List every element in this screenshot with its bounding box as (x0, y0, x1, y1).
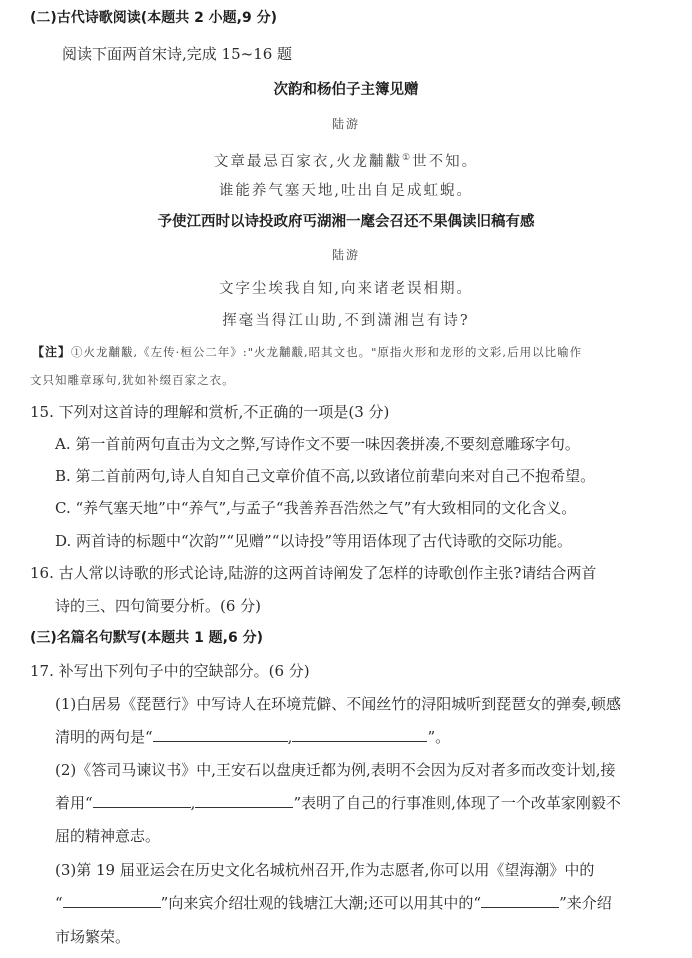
section-heading-recitation: (三)名篇名句默写(本题共 1 题,6 分) (30, 628, 263, 648)
question-17-part2-line3: 屈的精神意志。 (55, 826, 160, 846)
question-16-line1: 16. 古人常以诗歌的形式论诗,陆游的这两首诗阐发了怎样的诗歌创作主张?请结合两… (30, 563, 596, 583)
part3-prefix: “ (55, 894, 63, 912)
poem2-title: 予使江西时以诗投政府丐湖湘一麾会召还不果偶读旧稿有感 (0, 212, 692, 232)
question-17-part2-line1: (2)《答司马谏议书》中,王安石以盘庚迁都为例,表明不会因为反对者多而改变计划,… (55, 760, 616, 780)
poem2-line1: 文字尘埃我自知,向来诸老误相期。 (0, 279, 692, 299)
part1-suffix: ”。 (427, 728, 450, 746)
poem1-title: 次韵和杨伯子主簿见赠 (0, 80, 692, 100)
section-heading-poetry: (二)古代诗歌阅读(本题共 2 小题,9 分) (30, 8, 277, 28)
poem1-line1: 文章最忌百家衣,火龙黼黻①世不知。 (0, 148, 692, 172)
poem1-line1-text-a: 文章最忌百家衣,火龙黼黻 (214, 154, 402, 170)
answer-blank-4[interactable] (195, 793, 293, 808)
question-16-line2: 诗的三、四句简要分析。(6 分) (55, 596, 261, 616)
question-17-part3-line1: (3)第 19 届亚运会在历史文化名城杭州召开,作为志愿者,你可以用《望海潮》中… (55, 860, 594, 880)
question-17-part1-line1: (1)白居易《琵琶行》中写诗人在环境荒僻、不闻丝竹的浔阳城听到琵琶女的弹奏,顿感 (55, 694, 621, 714)
poem1-author: 陆游 (0, 114, 692, 134)
question-15-stem: 15. 下列对这首诗的理解和赏析,不正确的一项是(3 分) (30, 402, 389, 422)
footnote-marker: ① (402, 153, 412, 163)
question-17-part3-line2: “”向来宾介绍壮观的钱塘江大潮;还可以用其中的“”来介绍 (55, 893, 612, 913)
question-15-option-d: D. 两首诗的标题中“次韵”“见赠”“以诗投”等用语体现了古代诗歌的交际功能。 (55, 531, 572, 551)
question-17-stem: 17. 补写出下列句子中的空缺部分。(6 分) (30, 661, 310, 681)
answer-blank-1[interactable] (153, 727, 288, 742)
annotation-label: 【注】 (32, 345, 71, 359)
question-15-option-c: C. “养气塞天地”中“养气”,与孟子“我善养吾浩然之气”有大致相同的文化含义。 (55, 498, 576, 518)
answer-blank-3[interactable] (93, 793, 191, 808)
question-17-part1-line2: 清明的两句是“,”。 (55, 727, 450, 747)
part3-middle: ”向来宾介绍壮观的钱塘江大潮;还可以用其中的“ (161, 894, 481, 912)
annotation-text: ①火龙黼黻,《左传·桓公二年》:"火龙黼黻,昭其文也。"原指火形和龙形的文彩,后… (71, 345, 582, 359)
answer-blank-5[interactable] (63, 893, 161, 908)
part3-suffix: ”来介绍 (559, 894, 612, 912)
poem2-line2: 挥毫当得江山助,不到潇湘岂有诗? (0, 311, 692, 331)
part2-prefix: 着用“ (55, 794, 93, 812)
answer-blank-2[interactable] (292, 727, 427, 742)
answer-blank-6[interactable] (481, 893, 559, 908)
part1-prefix: 清明的两句是“ (55, 728, 153, 746)
question-17-part3-line3: 市场繁荣。 (55, 927, 130, 947)
annotation-line1: 【注】①火龙黼黻,《左传·桓公二年》:"火龙黼黻,昭其文也。"原指火形和龙形的文… (32, 342, 582, 362)
question-15-option-b: B. 第二首前两句,诗人自知自己文章价值不高,以致诸位前辈向来对自己不抱希望。 (55, 466, 595, 486)
poem1-line2: 谁能养气塞天地,吐出自足成虹蜺。 (0, 181, 692, 201)
reading-instruction: 阅读下面两首宋诗,完成 15~16 题 (62, 44, 292, 64)
question-15-option-a: A. 第一首前两句直击为文之弊,写诗作文不要一味因袭拼凑,不要刻意雕琢字句。 (55, 434, 580, 454)
question-17-part2-line2: 着用“,”表明了自己的行事准则,体现了一个改革家刚毅不 (55, 793, 621, 813)
poem1-line1-text-b: 世不知。 (412, 154, 478, 170)
part2-suffix: ”表明了自己的行事准则,体现了一个改革家刚毅不 (293, 794, 620, 812)
annotation-line2: 文只知雕章琢句,犹如补缀百家之衣。 (30, 370, 235, 390)
poem2-author: 陆游 (0, 245, 692, 265)
